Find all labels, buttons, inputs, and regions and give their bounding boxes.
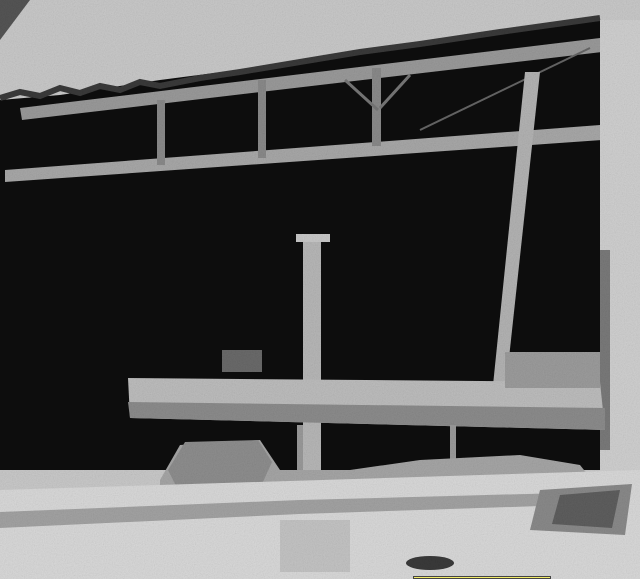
foreground-block — [280, 520, 350, 572]
debris-frame-inner — [552, 490, 620, 528]
center-post — [303, 238, 321, 508]
truss-post-2 — [258, 80, 266, 158]
brick-stack — [505, 352, 600, 388]
brick-stack-left — [222, 350, 262, 372]
building-damage-photo — [0, 0, 640, 579]
dark-object — [406, 556, 454, 570]
rubble-block — [168, 440, 272, 486]
truss-post-1 — [157, 100, 165, 165]
center-post-cap — [296, 234, 330, 242]
